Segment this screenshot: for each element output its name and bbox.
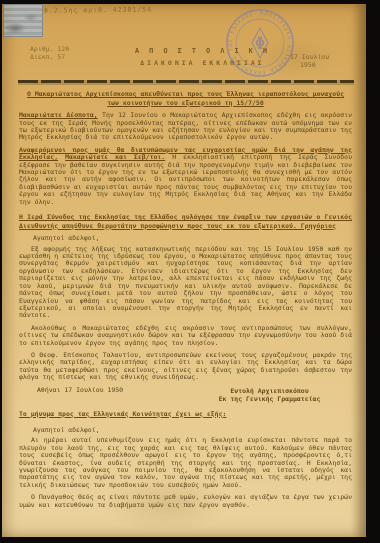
document-page: Φ.2.5ης αριθ. 42381/54 ΑΠΟΣΤΟΛΙΚΗ ΔΙΑΚΟΝ… [2, 4, 366, 537]
paragraph-6: Αι ημέραι αυταί υπενθυμίζουν εις ημάς ότ… [19, 437, 352, 489]
document-body: Ο Μακαριώτατος Αρχιεπίσκοπος απευθύνεται… [19, 90, 352, 533]
paragraph-2: Αναφερόμενοι προς υμάς θα διατυπώσωμεν τ… [19, 147, 352, 206]
signature-line1: Εντολή Αρχιεπισκόπου [187, 387, 352, 395]
paragraph-7: Ο Πανάγαθος Θεός ας είναι πάντοτε μεθ υμ… [19, 494, 352, 509]
main-title-line2: των κοινοτήτων του εξωτερικού τη 15/7/50 [107, 99, 264, 107]
place-and-date: Αθήναι 17 Ιουλίου 1950 [19, 387, 187, 403]
paragraph-1: Μακαριώτατε Δέσποτα, Την 12 Ιουνίου ο Μα… [19, 112, 352, 142]
date-line2: 1950 [290, 62, 352, 70]
scanned-document-background: { "colors":{ "paper_top":"#d2a254","pape… [0, 0, 380, 543]
organization-name-block: ΑΠΟΣΤΟΛΙΚΗ ΔΙΑΚΟΝΙΑ ΕΚΚΛΗΣΙΑΣ [112, 46, 290, 67]
section-title-2-line1: Η Ιερά Σύνοδος της Εκκλησίας της Ελλάδος… [19, 213, 352, 221]
document-header: Αριθμ. 120 Διεκπ. 57 ΑΠΟΣΤΟΛΙΚΗ ΔΙΑΚΟΝΙΑ… [18, 46, 352, 69]
section-title-3: Το μήνυμα προς τας Ελληνικάς Κοινότητας … [19, 411, 352, 418]
paragraph-5: Ο Θεοφ. Επίσκοπος Ταλαντίου, αντιπροσωπε… [19, 352, 352, 382]
handwritten-annotation: Φ.2.5ης αριθ. 42381/54 [44, 5, 152, 14]
protocol-number-block: Αριθμ. 120 Διεκπ. 57 [18, 46, 112, 61]
main-title-line1: Ο Μακαριώτατος Αρχιεπίσκοπος απευθύνεται… [27, 90, 344, 98]
organization-name-line1: ΑΠΟΣΤΟΛΙΚΗ [112, 47, 290, 55]
salutation-2: Αγαπητοί αδελφοί, [19, 427, 352, 434]
archive-label [3, 4, 43, 37]
date-block: 17 Ιουλίου 1950 [290, 46, 352, 69]
salutation-1: Αγαπητοί αδελφοί, [19, 235, 352, 242]
header-divider-rule [18, 80, 354, 83]
section-title-2: Η Ιερά Σύνοδος της Εκκλησίας της Ελλάδος… [19, 213, 352, 230]
main-title: Ο Μακαριώτατος Αρχιεπίσκοπος απευθύνεται… [19, 90, 352, 107]
protocol-number-line2: Διεκπ. 57 [30, 54, 112, 62]
signature-row: Αθήναι 17 Ιουλίου 1950 Εντολή Αρχιεπισκό… [19, 387, 352, 403]
section-title-2-line2: Διευθυντής απηύθυνε θερμοτάτην προσφώνησ… [19, 222, 336, 230]
paragraph-4: Ακολούθως ο Μακαριώτατος εδέχθη εις ακρό… [19, 325, 352, 347]
organization-name-line2: ΔΙΑΚΟΝΙΑ ΕΚΚΛΗΣΙΑΣ [112, 59, 290, 67]
signature-block: Εντολή Αρχιεπισκόπου Εκ της Γενικής Γραμ… [187, 387, 352, 403]
signature-line2: Εκ της Γενικής Γραμματείας [187, 395, 352, 403]
paragraph-3: Εξ αφορμής της λήξεως της κατασκηνωτικής… [19, 246, 352, 320]
